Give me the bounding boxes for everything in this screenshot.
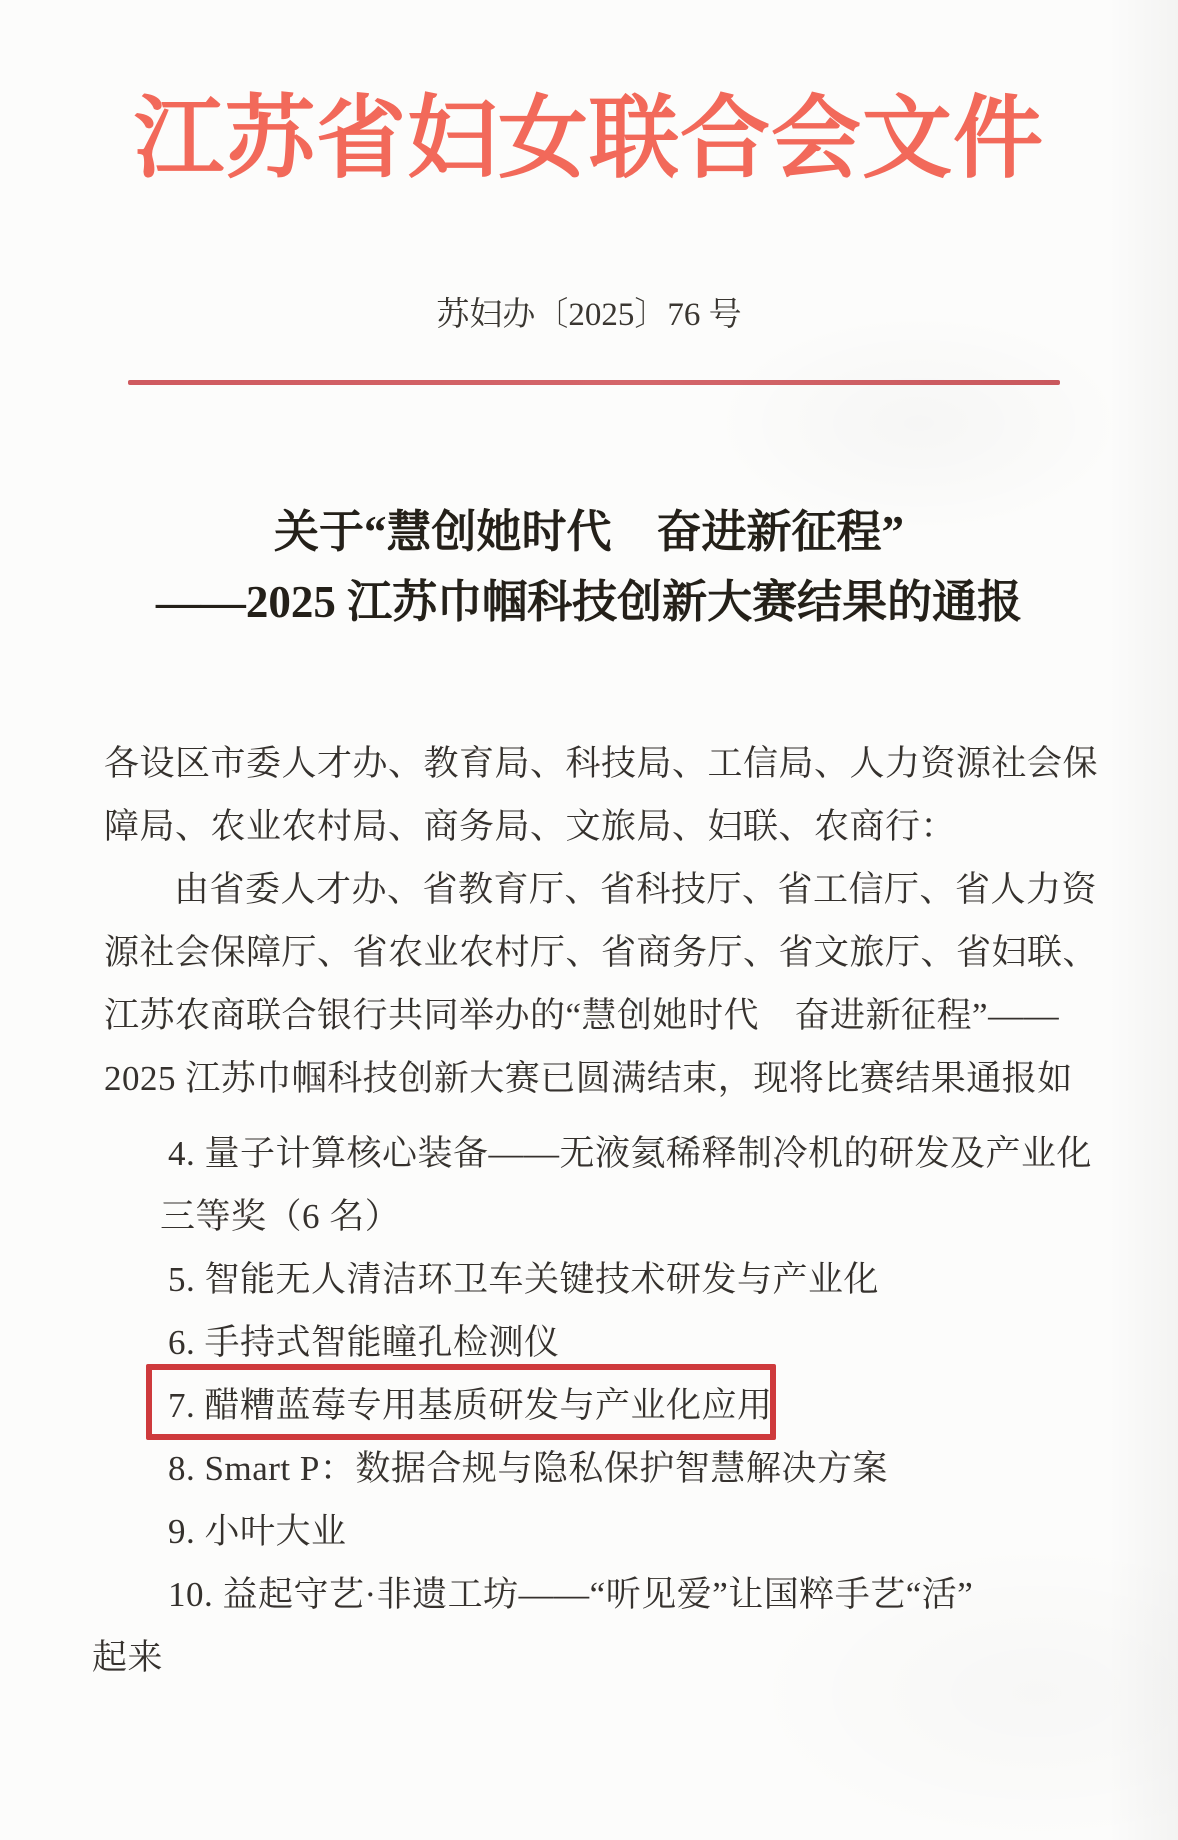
award-list-item: 4. 量子计算核心装备——无液氦稀释制冷机的研发及产业化	[104, 1122, 1104, 1185]
award-list-item-text: 7. 醋糟蓝莓专用基质研发与产业化应用	[168, 1386, 773, 1425]
addressee-paragraph: 各设区市委人才办、教育局、科技局、工信局、人力资源社会保 障局、农业农村局、商务…	[104, 732, 1104, 858]
body-line: 源社会保障厅、省农业农村厅、省商务厅、省文旅厅、省妇联、	[104, 921, 1104, 984]
award-list-item-highlighted: 7. 醋糟蓝莓专用基质研发与产业化应用	[104, 1374, 1104, 1437]
award-list-item: 8. Smart P：数据合规与隐私保护智慧解决方案	[104, 1437, 1104, 1500]
doc-title-line1: 关于“慧创她时代 奋进新征程”	[0, 497, 1178, 567]
body-line: 由省委人才办、省教育厅、省科技厅、省工信厅、省人力资	[104, 858, 1104, 921]
body-line: 江苏农商联合银行共同举办的“慧创她时代 奋进新征程”——	[104, 984, 1104, 1047]
doc-body: 各设区市委人才办、教育局、科技局、工信局、人力资源社会保 障局、农业农村局、商务…	[0, 732, 1178, 1689]
award-tier-note: 三等奖（6 名）	[104, 1185, 1104, 1248]
award-list-item: 5. 智能无人清洁环卫车关键技术研发与产业化	[104, 1248, 1104, 1311]
red-divider-line	[128, 380, 1060, 385]
doc-title: 关于“慧创她时代 奋进新征程” ——2025 江苏巾帼科技创新大赛结果的通报	[0, 497, 1178, 637]
award-list-item-continuation: 起来	[92, 1626, 1104, 1689]
award-list-item: 10. 益起守艺·非遗工坊——“听见爱”让国粹手艺“活”	[104, 1563, 1104, 1626]
org-header-title: 江苏省妇女联合会文件	[0, 0, 1178, 196]
doc-title-line2: ——2025 江苏巾帼科技创新大赛结果的通报	[0, 567, 1178, 637]
document-page: 江苏省妇女联合会文件 苏妇办〔2025〕76 号 关于“慧创她时代 奋进新征程”…	[0, 0, 1178, 1840]
award-list-item: 9. 小叶大业	[104, 1500, 1104, 1563]
body-line: 2025 江苏巾帼科技创新大赛已圆满结束，现将比赛结果通报如	[104, 1047, 1104, 1110]
award-list-item: 6. 手持式智能瞳孔检测仪	[104, 1311, 1104, 1374]
doc-number: 苏妇办〔2025〕76 号	[0, 292, 1178, 338]
body-line: 各设区市委人才办、教育局、科技局、工信局、人力资源社会保	[104, 732, 1104, 795]
body-line: 障局、农业农村局、商务局、文旅局、妇联、农商行：	[104, 795, 1104, 858]
intro-paragraph: 由省委人才办、省教育厅、省科技厅、省工信厅、省人力资 源社会保障厅、省农业农村厅…	[104, 858, 1104, 1110]
award-list: 4. 量子计算核心装备——无液氦稀释制冷机的研发及产业化 三等奖（6 名） 5.…	[104, 1122, 1104, 1689]
